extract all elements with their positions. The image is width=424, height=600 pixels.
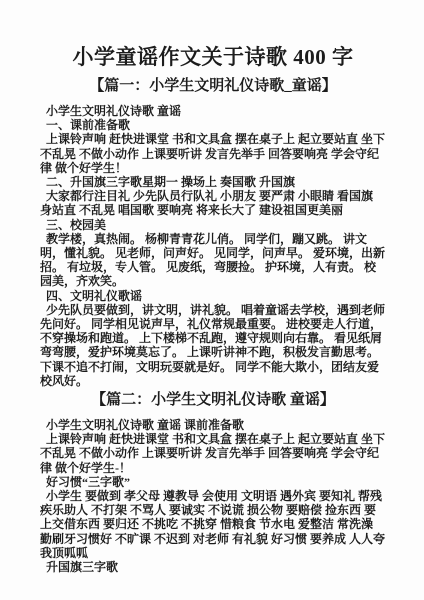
paragraph: 小学生文明礼仪诗歌 童谣 — [40, 104, 386, 118]
paragraph: 上课铃声响 赶快进课堂 书和文具盒 摆在桌子上 起立要站直 坐下不乱晃 不做小动… — [40, 132, 386, 175]
paragraph: 大家都行注目礼 少先队员行队礼 小朋友 要严肃 小眼睛 看国旗 身站直 不乱晃 … — [40, 189, 386, 217]
document-body: 【篇一：小学生文明礼仪诗歌_童谣】小学生文明礼仪诗歌 童谣一、课前准备歌上课铃声… — [40, 77, 386, 574]
paragraph: 教学楼，真热闹。 杨柳青青花儿俏。 同学们，蹦又跳。 讲文明，懂礼貌。 见老师，… — [40, 232, 386, 289]
paragraph: 上课铃声响 赶快进课堂 书和文具盒 摆在桌子上 起立要站直 坐下不乱晃 不做小动… — [40, 432, 386, 475]
paragraph: 四、文明礼仪歌谣 — [40, 289, 386, 303]
paragraph: 一、课前准备歌 — [40, 118, 386, 132]
section-header: 【篇二：小学生文明礼仪诗歌 童谣】 — [40, 391, 386, 410]
paragraph: 升国旗三字歌 — [40, 560, 386, 574]
paragraph: 三、校园美 — [40, 218, 386, 232]
paragraph: 少先队员要做到，讲文明，讲礼貌。 唱着童谣去学校，遇到老师先问好。 同学相见说声… — [40, 303, 386, 388]
paragraph: 二、升国旗三字歌星期一 操场上 奏国歌 升国旗 — [40, 175, 386, 189]
paragraph: 小学生文明礼仪诗歌 童谣 课前准备歌 — [40, 418, 386, 432]
paragraph: 小学生 要做到 孝父母 遵教导 会使用 文明语 遇外宾 要知礼 帮残疾乐助人 不… — [40, 489, 386, 560]
paragraph: 好习惯“三字歌” — [40, 475, 386, 489]
document-page: 小学童谣作文关于诗歌 400 字 【篇一：小学生文明礼仪诗歌_童谣】小学生文明礼… — [0, 0, 424, 600]
section-header: 【篇一：小学生文明礼仪诗歌_童谣】 — [40, 77, 386, 96]
page-title: 小学童谣作文关于诗歌 400 字 — [40, 44, 386, 71]
